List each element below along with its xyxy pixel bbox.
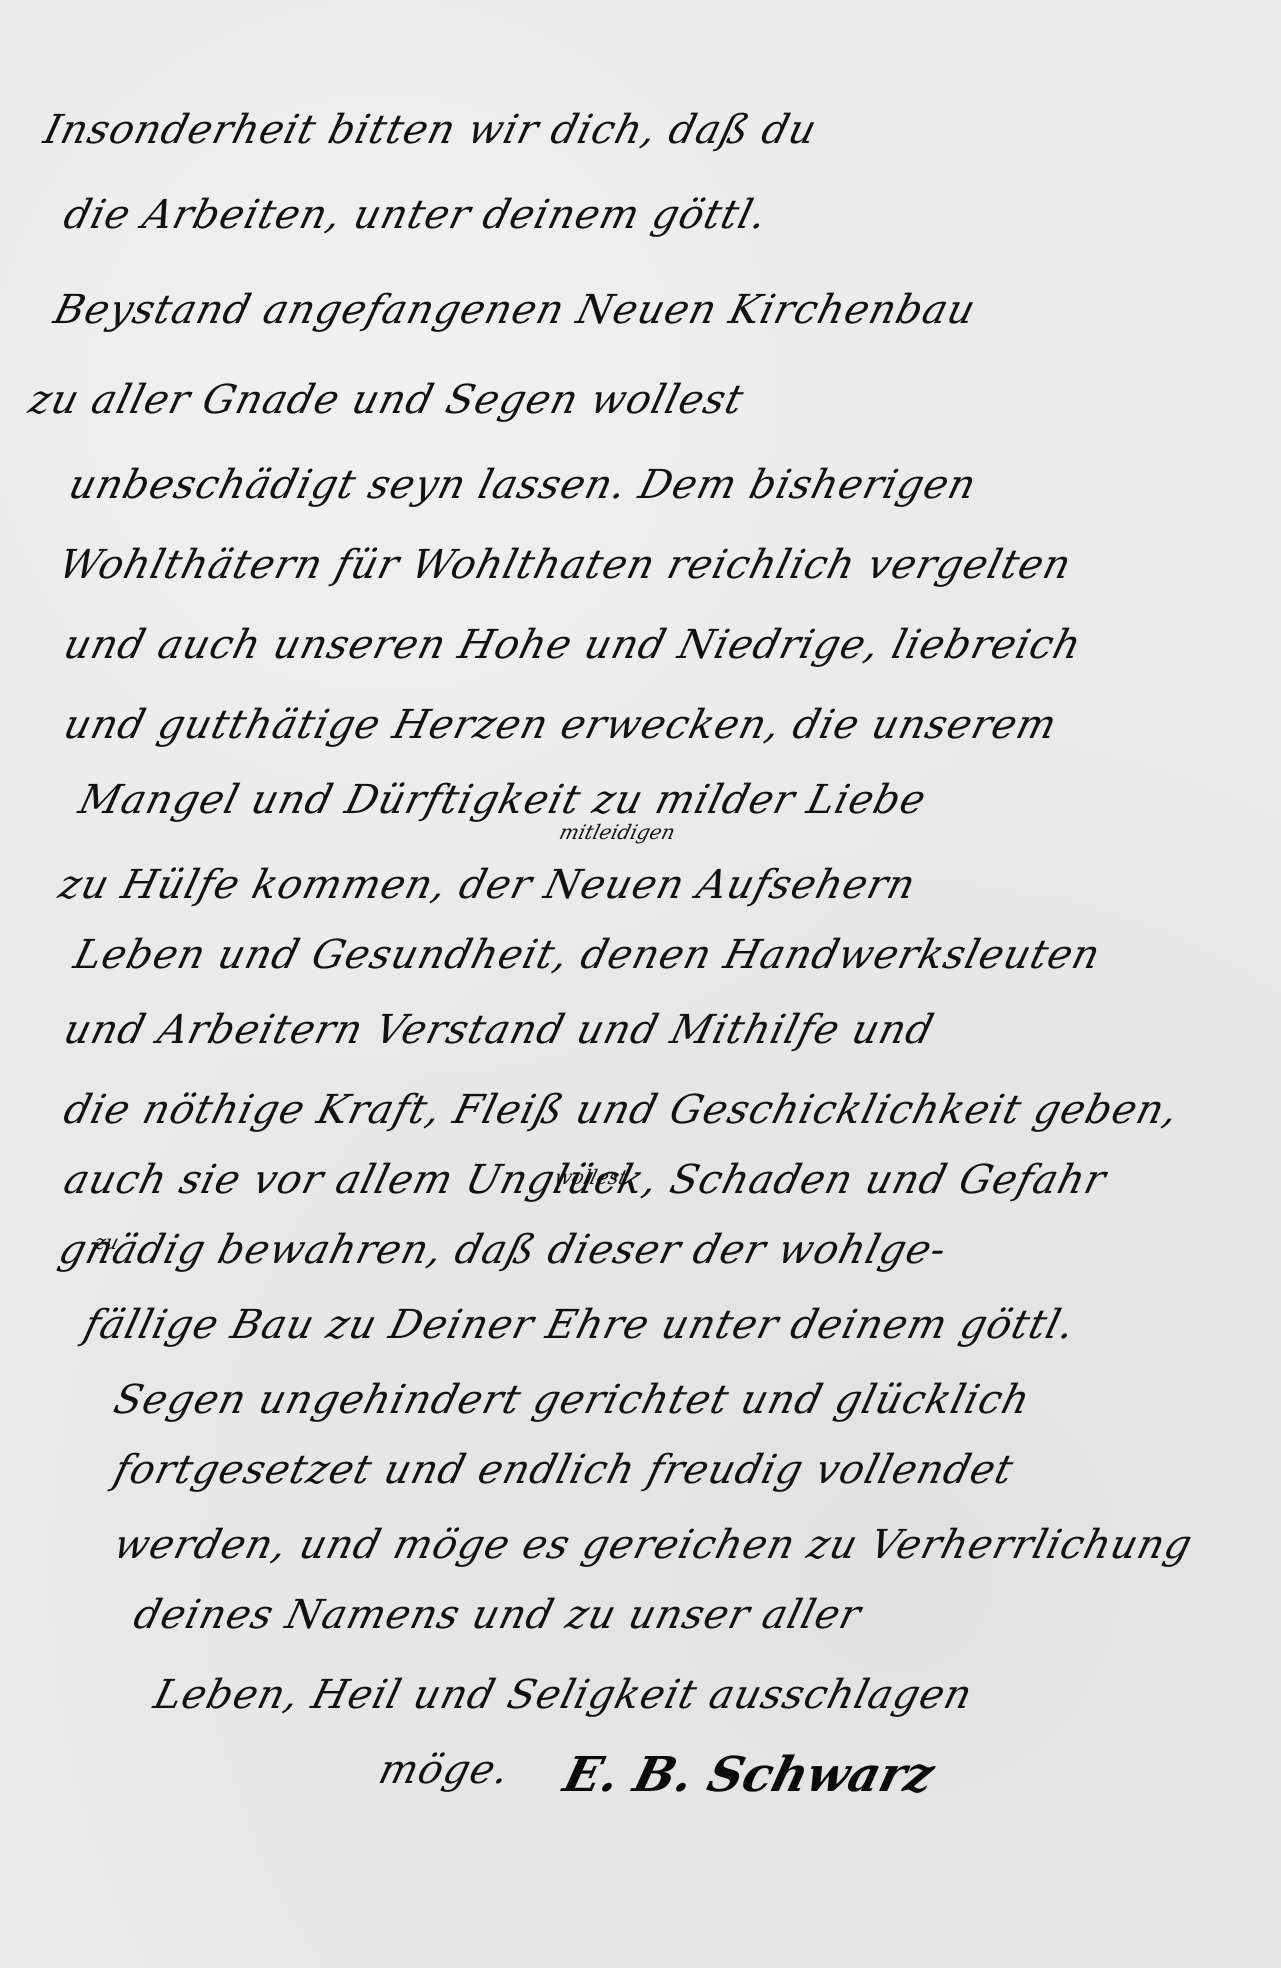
manuscript-line-11: Leben und Gesundheit, denen Handwerksleu… [70,935,1105,975]
manuscript-line-19: werden, und möge es gereichen zu Verherr… [110,1525,1197,1565]
manuscript-line-3: Beystand angefangenen Neuen Kirchenbau [50,290,980,330]
manuscript-line-8: und gutthätige Herzen erwecken, die unse… [60,705,1061,745]
manuscript-line-7: und auch unseren Hohe und Niedrige, lieb… [60,625,1086,665]
manuscript-line-12: und Arbeitern Verstand und Mithilfe und [60,1010,938,1050]
signature: E. B. Schwarz [558,1747,940,1803]
manuscript-line-17: Segen ungehindert gerichtet und glücklic… [110,1380,1034,1420]
closing-word: möge. [375,1750,514,1790]
manuscript-line-5: unbeschädigt seyn lassen. Dem bisherigen [65,465,981,505]
manuscript-line-6: Wohlthätern für Wohlthaten reichlich ver… [55,545,1076,585]
interlinear-insertion: wollest [552,1165,630,1189]
manuscript-line-2: die Arbeiten, unter deinem göttl. [60,195,771,235]
manuscript-line-15: gnädig bewahren, daß dieser der wohlge- [55,1230,951,1270]
interlinear-insertion: mitleidigen [557,820,678,844]
manuscript-line-18: fortgesetzet und endlich freudig vollend… [110,1450,1018,1490]
manuscript-line-13: die nöthige Kraft, Fleiß und Geschicklic… [60,1090,1183,1130]
manuscript-page: Insonderheit bitten wir dich, daß du die… [0,0,1281,1968]
manuscript-line-21: Leben, Heil und Seligkeit ausschlagen [150,1675,977,1715]
manuscript-line-10: zu Hülfe kommen, der Neuen Aufsehern [55,865,920,905]
manuscript-line-16: fällige Bau zu Deiner Ehre unter deinem … [80,1305,1079,1345]
manuscript-line-4: zu aller Gnade und Segen wollest [25,380,748,420]
manuscript-line-1: Insonderheit bitten wir dich, daß du [40,110,821,150]
manuscript-line-20: deines Namens und zu unser aller [130,1595,865,1635]
manuscript-line-9: Mangel und Dürftigkeit zu milder Liebe [75,780,930,820]
